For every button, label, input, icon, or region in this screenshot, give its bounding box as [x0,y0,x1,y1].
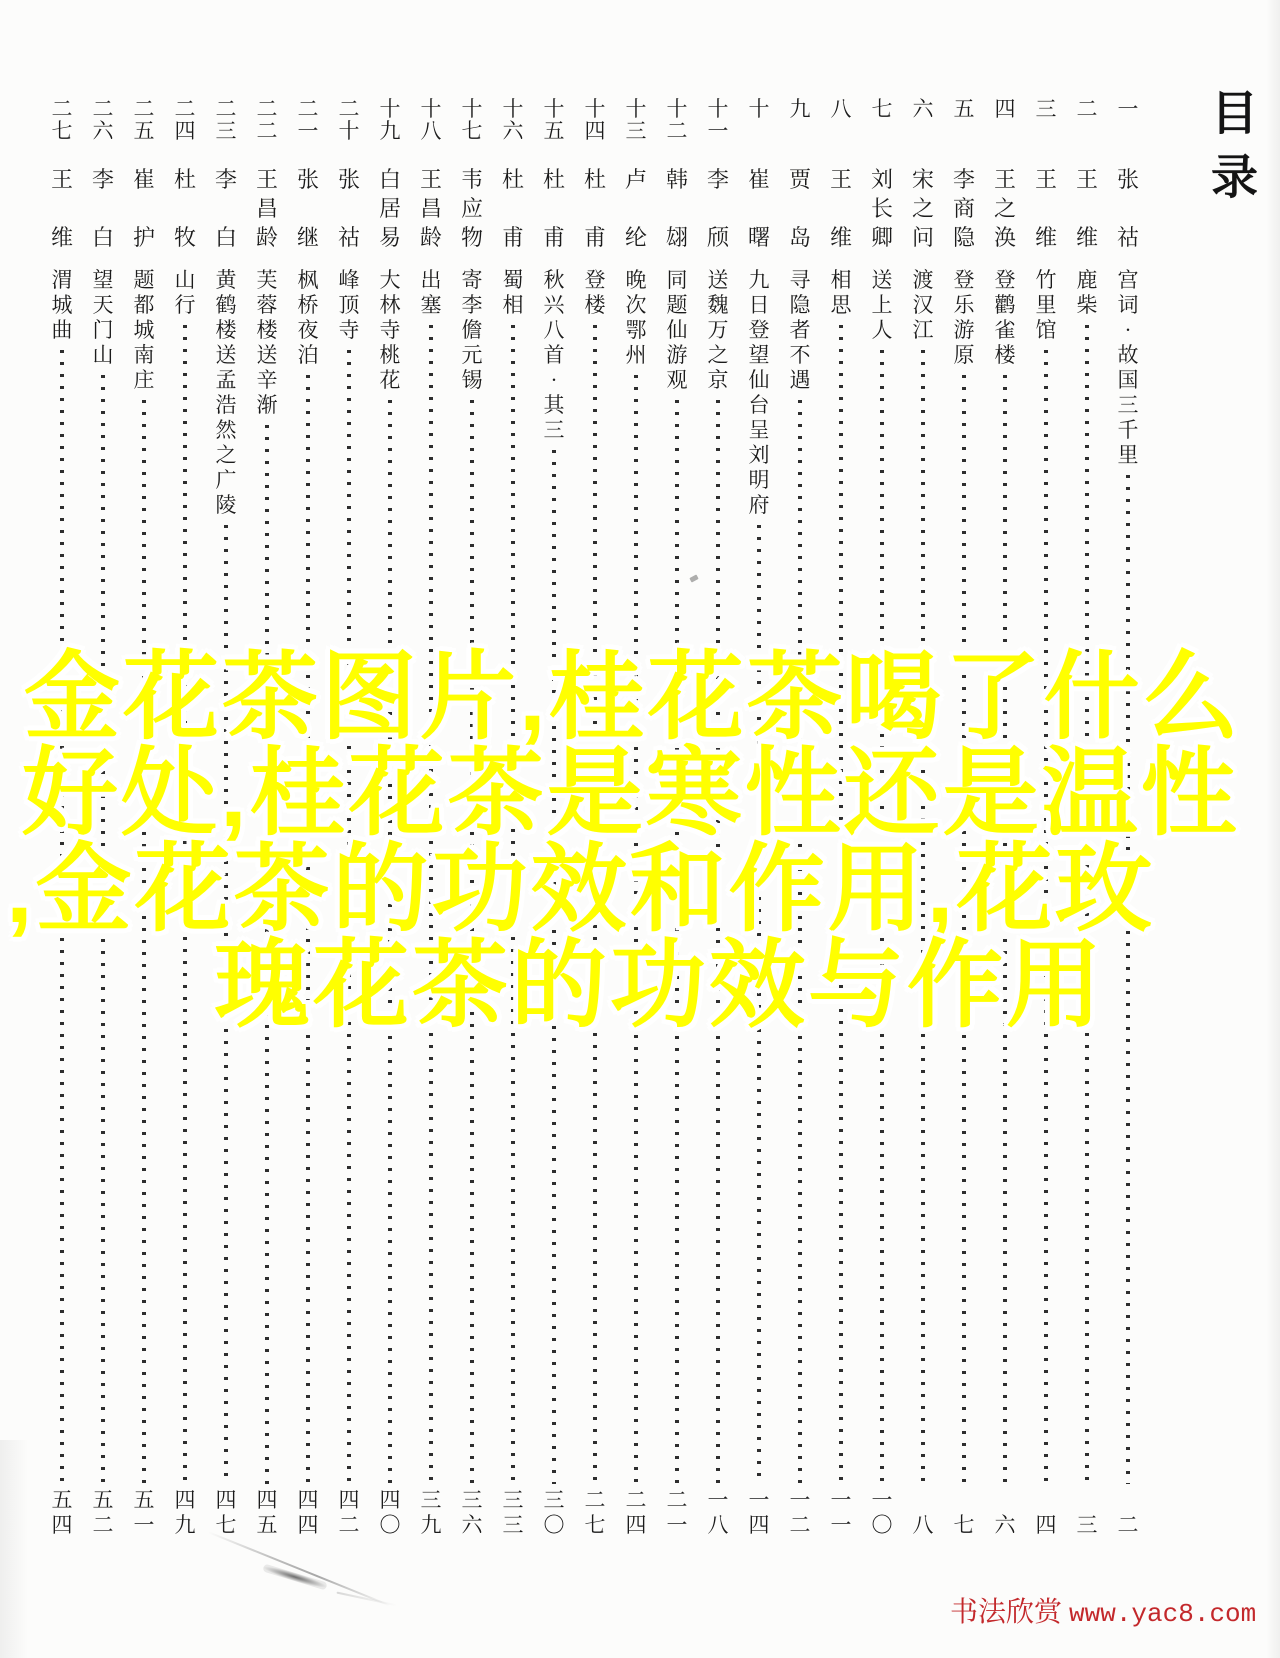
entry-title: 出塞 [421,268,442,318]
entry-number: 二十 [339,98,360,144]
toc-entry: 二王维鹿柴三 [1072,98,1102,1538]
entry-number: 一 [1118,98,1139,144]
dotted-leader [839,325,843,1484]
entry-title: 寄李儋元锡 [462,268,483,393]
toc-entry: 二四杜牧山行四九 [170,98,200,1538]
entry-page-number: 五四 [52,1484,73,1538]
entry-title: 望天门山 [93,268,114,368]
entry-page-number: 一〇 [872,1484,893,1538]
entry-title: 竹里馆 [1036,268,1057,343]
entry-title: 题都城南庄 [134,268,155,393]
dotted-leader [675,400,679,1484]
entry-author: 卢纶 [625,168,647,250]
entry-title: 大林寺桃花 [380,268,401,393]
entry-page-number: 四九 [175,1484,196,1538]
entry-title: 芙蓉楼送辛渐 [257,268,278,418]
entry-author: 王维 [1076,168,1098,250]
scanned-toc-page: 目录 一张祜宫词·故国三千里二二王维鹿柴三三王维竹里馆四四王之涣登鹳雀楼六五李商… [0,0,1280,1658]
entry-author: 白居易 [379,168,401,250]
entry-number: 十一 [708,98,729,144]
dotted-leader [306,375,310,1484]
entry-title: 同题仙游观 [667,268,688,393]
toc-entry: 一张祜宫词·故国三千里二 [1113,98,1143,1538]
entry-author: 张祜 [338,168,360,250]
entry-number: 二 [1077,98,1098,144]
toc-entry: 二十张祜峰顶寺四二 [334,98,364,1538]
entry-number: 十七 [462,98,483,144]
entry-number: 二七 [52,98,73,144]
entry-number: 二四 [175,98,196,144]
toc-entry: 十七韦应物寄李儋元锡三六 [457,98,487,1538]
entry-author: 李商隐 [953,168,975,250]
entry-title: 峰顶寺 [339,268,360,343]
site-credit: 书法欣赏 www.yac8.com [950,1590,1256,1630]
entry-page-number: 八 [913,1484,934,1538]
entry-title: 渭城曲 [52,268,73,343]
dotted-leader [60,350,64,1484]
entry-page-number: 一四 [749,1484,770,1538]
toc-entry: 二六李白望天门山五二 [88,98,118,1538]
dotted-leader [429,325,433,1484]
dotted-leader [1003,375,1007,1484]
dotted-leader [224,525,228,1484]
entry-title: 晚次鄂州 [626,268,647,368]
entry-number: 十九 [380,98,401,144]
entry-number: 二二 [257,98,278,144]
entry-author: 李白 [215,168,237,250]
toc-entry: 二二王昌龄芙蓉楼送辛渐四五 [252,98,282,1538]
entry-title: 送上人 [872,268,893,343]
entry-author: 王维 [830,168,852,250]
entry-author: 杜甫 [584,168,606,250]
entry-title: 登楼 [585,268,606,318]
entry-author: 宋之问 [912,168,934,250]
scan-scratch-artifact [208,1531,390,1606]
entry-number: 四 [995,98,1016,144]
entry-title: 九日登望仙台呈刘明府 [749,268,770,518]
toc-entry: 十五杜甫秋兴八首·其三三〇 [539,98,569,1538]
entry-title: 宫词·故国三千里 [1118,268,1139,468]
entry-page-number: 一二 [790,1484,811,1538]
dotted-leader [552,450,556,1484]
entry-number: 二一 [298,98,319,144]
toc-entry: 九贾岛寻隐者不遇一二 [785,98,815,1538]
entry-title: 蜀相 [503,268,524,318]
entry-number: 十五 [544,98,565,144]
entry-author: 崔护 [133,168,155,250]
entry-number: 二六 [93,98,114,144]
entry-author: 张继 [297,168,319,250]
entry-page-number: 二四 [626,1484,647,1538]
dotted-leader [470,400,474,1484]
entry-author: 李白 [92,168,114,250]
toc-entry: 二三李白黄鹤楼送孟浩然之广陵四七 [211,98,241,1538]
dotted-leader [962,375,966,1484]
toc-entry: 三王维竹里馆四 [1031,98,1061,1538]
entry-title: 黄鹤楼送孟浩然之广陵 [216,268,237,518]
entry-page-number: 五二 [93,1484,114,1538]
entry-author: 王之涣 [994,168,1016,250]
dotted-leader [183,325,187,1484]
toc-entry: 十崔曙九日登望仙台呈刘明府一四 [744,98,774,1538]
dotted-leader [798,400,802,1484]
scan-edge-shade-right [1266,0,1280,1658]
entry-title: 登鹳雀楼 [995,268,1016,368]
entry-author: 崔曙 [748,168,770,250]
entry-number: 五 [954,98,975,144]
entry-page-number: 四四 [298,1484,319,1538]
toc-entry: 四王之涣登鹳雀楼六 [990,98,1020,1538]
toc-entry: 十四杜甫登楼二七 [580,98,610,1538]
dotted-leader [634,375,638,1484]
entry-author: 王昌龄 [420,168,442,250]
entry-number: 十二 [667,98,688,144]
entry-page-number: 三 [1077,1484,1098,1538]
entry-title: 秋兴八首·其三 [544,268,565,443]
scan-edge-shade-left [0,1440,28,1658]
dotted-leader [388,400,392,1484]
dotted-leader [142,400,146,1484]
entry-page-number: 三六 [462,1484,483,1538]
dotted-leader [347,350,351,1484]
entry-page-number: 二七 [585,1484,606,1538]
entry-author: 杜牧 [174,168,196,250]
dotted-leader [921,350,925,1484]
entry-number: 三 [1036,98,1057,144]
entry-title: 相思 [831,268,852,318]
entry-author: 杜甫 [502,168,524,250]
entry-number: 十三 [626,98,647,144]
entry-page-number: 三九 [421,1484,442,1538]
dotted-leader [265,425,269,1484]
entry-number: 八 [831,98,852,144]
entry-number: 六 [913,98,934,144]
entry-number: 十四 [585,98,606,144]
site-credit-cn: 书法欣赏 [950,1597,1062,1628]
entry-title: 山行 [175,268,196,318]
dotted-leader [101,375,105,1484]
toc-entry: 十六杜甫蜀相三三 [498,98,528,1538]
entry-number: 二三 [216,98,237,144]
entry-page-number: 三三 [503,1484,524,1538]
toc-entry: 七刘长卿送上人一〇 [867,98,897,1538]
entry-number: 九 [790,98,811,144]
dotted-leader [1126,475,1130,1484]
entry-page-number: 四七 [216,1484,237,1538]
page-title: 目录 [1204,88,1256,216]
entry-page-number: 二 [1118,1484,1139,1538]
entry-author: 王昌龄 [256,168,278,250]
entry-page-number: 一一 [831,1484,852,1538]
toc-entry: 十八王昌龄出塞三九 [416,98,446,1538]
entry-number: 七 [872,98,893,144]
entry-page-number: 四五 [257,1484,278,1538]
dotted-leader [716,400,720,1484]
entry-page-number: 三〇 [544,1484,565,1538]
entry-title: 渡汉江 [913,268,934,343]
toc-entry: 二一张继枫桥夜泊四四 [293,98,323,1538]
entry-title: 鹿柴 [1077,268,1098,318]
dotted-leader [1044,350,1048,1484]
toc-entry: 二七王维渭城曲五四 [47,98,77,1538]
entry-author: 张祜 [1117,168,1139,250]
entry-author: 王维 [1035,168,1057,250]
toc-entry: 十二韩翃同题仙游观二一 [662,98,692,1538]
toc-entry: 八王维相思一一 [826,98,856,1538]
entry-author: 贾岛 [789,168,811,250]
entry-title: 枫桥夜泊 [298,268,319,368]
toc-columns: 一张祜宫词·故国三千里二二王维鹿柴三三王维竹里馆四四王之涣登鹳雀楼六五李商隐登乐… [47,98,1143,1538]
dotted-leader [511,325,515,1484]
toc-entry: 五李商隐登乐游原七 [949,98,979,1538]
entry-page-number: 四 [1036,1484,1057,1538]
entry-page-number: 五一 [134,1484,155,1538]
toc-entry: 十三卢纶晚次鄂州二四 [621,98,651,1538]
scan-scratch-tail-artifact [336,1592,397,1607]
dotted-leader [880,350,884,1484]
entry-page-number: 四二 [339,1484,360,1538]
entry-title: 送魏万之京 [708,268,729,393]
entry-author: 韦应物 [461,168,483,250]
toc-entry: 二五崔护题都城南庄五一 [129,98,159,1538]
entry-author: 李颀 [707,168,729,250]
entry-author: 杜甫 [543,168,565,250]
entry-number: 十八 [421,98,442,144]
entry-page-number: 六 [995,1484,1016,1538]
entry-author: 韩翃 [666,168,688,250]
toc-entry: 十一李颀送魏万之京一八 [703,98,733,1538]
entry-number: 十六 [503,98,524,144]
dotted-leader [593,325,597,1484]
entry-author: 王维 [51,168,73,250]
dotted-leader [1085,325,1089,1484]
entry-number: 二五 [134,98,155,144]
entry-page-number: 七 [954,1484,975,1538]
entry-page-number: 二一 [667,1484,688,1538]
entry-title: 登乐游原 [954,268,975,368]
entry-page-number: 四〇 [380,1484,401,1538]
entry-title: 寻隐者不遇 [790,268,811,393]
toc-entry: 六宋之问渡汉江八 [908,98,938,1538]
site-credit-url: www.yac8.com [1069,1599,1256,1629]
entry-author: 刘长卿 [871,168,893,250]
toc-entry: 十九白居易大林寺桃花四〇 [375,98,405,1538]
entry-number: 十 [749,98,770,144]
entry-page-number: 一八 [708,1484,729,1538]
dotted-leader [757,525,761,1484]
